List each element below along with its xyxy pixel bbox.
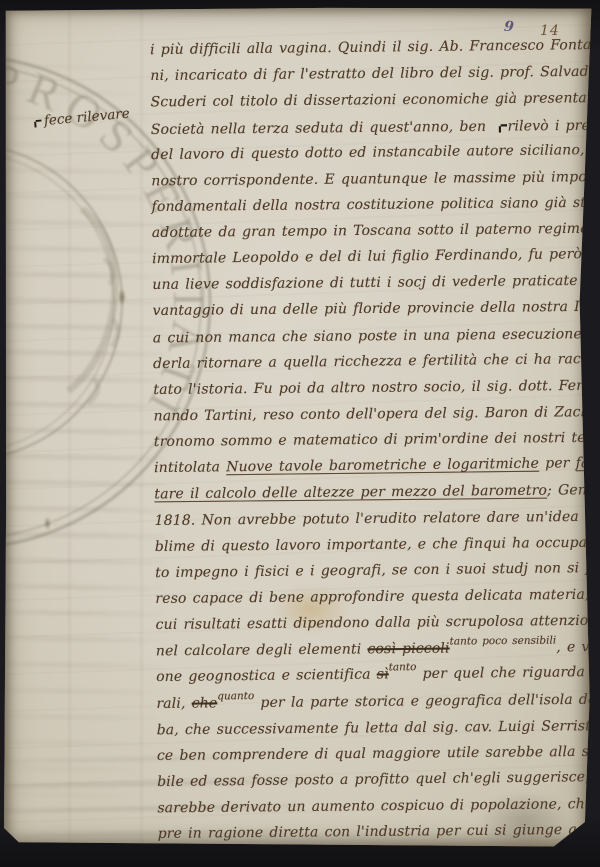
manuscript-line: pre in ragione diretta con l'industria p… bbox=[158, 817, 592, 847]
paper-crease bbox=[68, 7, 71, 849]
manuscript-line: nando Tartini, reso conto dell'opera del… bbox=[154, 399, 592, 429]
correction-mark-icon: ⌌ bbox=[27, 110, 42, 131]
margin-note-text: fece rilevare bbox=[43, 106, 130, 129]
verso-showthrough-left bbox=[4, 52, 164, 812]
manuscript-line: bile ed essa fosse posto a profitto quel… bbox=[157, 764, 592, 795]
manuscript-line: tare il calcolo delle altezze per mezzo … bbox=[154, 478, 592, 508]
manuscript-line: nostro corrispondente. E quantunque le m… bbox=[151, 164, 592, 194]
manuscript-line: derla ritornare a quella ricchezza e fer… bbox=[153, 346, 592, 377]
manuscript-line: vantaggio di una delle più floride provi… bbox=[153, 294, 592, 324]
manuscript-line: Scuderi col titolo di dissertazioni econ… bbox=[151, 85, 592, 115]
manuscript-page: PROSPERITATI 9 14 ⌌fece rilevare i più d… bbox=[4, 7, 592, 849]
manuscript-line: ni, incaricato di far l'estratto del lib… bbox=[150, 59, 592, 89]
ink-speck bbox=[44, 517, 51, 530]
manuscript-line: intitolata Nuove tavole barometriche e l… bbox=[154, 450, 592, 481]
ink-speck bbox=[118, 289, 126, 305]
manuscript-line: ba, che successivamente fu letta dal sig… bbox=[157, 713, 592, 743]
manuscript-line: 1818. Non avrebbe potuto l'erudito relat… bbox=[155, 503, 592, 533]
margin-note: ⌌fece rilevare bbox=[27, 103, 130, 132]
manuscript-line: tato l'istoria. Fu poi da altro nostro s… bbox=[153, 373, 592, 403]
manuscript-line: i più difficili alla vagina. Quindi il s… bbox=[150, 32, 592, 63]
manuscript-line: immortale Leopoldo e del di lui figlio F… bbox=[152, 241, 592, 272]
manuscript-line: to impegno i fisici e i geografi, se con… bbox=[155, 555, 592, 586]
manuscript-line: del lavoro di questo dotto ed instancabi… bbox=[151, 137, 592, 168]
paper-crease bbox=[140, 7, 143, 849]
manuscript-line: sarebbe derivato un aumento cospicuo di … bbox=[157, 791, 592, 821]
manuscript-text: i più difficili alla vagina. Quindi il s… bbox=[150, 33, 592, 848]
manuscript-line: rali, chequanto per la parte storica e g… bbox=[156, 686, 592, 716]
